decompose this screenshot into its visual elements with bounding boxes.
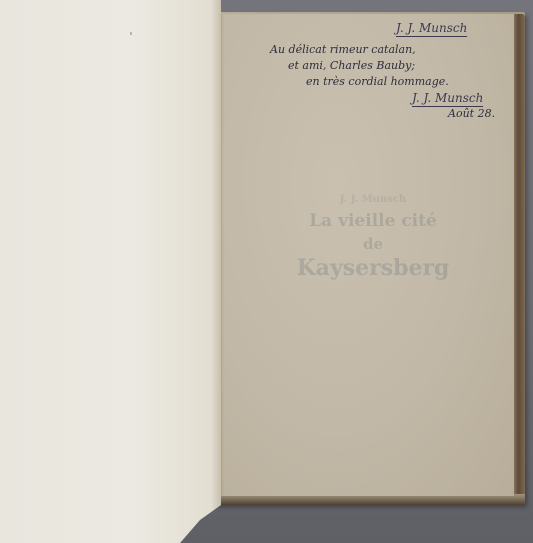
bleed-title-line-2: de bbox=[248, 235, 498, 253]
book-fore-edge bbox=[513, 14, 525, 500]
signature-top: J. J. Munsch bbox=[396, 20, 467, 37]
dedication-date: Août 28. bbox=[448, 106, 495, 122]
page-fold-shadow bbox=[211, 0, 221, 543]
handwritten-dedication: J. J. Munsch Au délicat rimeur catalan, … bbox=[268, 20, 508, 120]
bleed-author: J. J. Munsch bbox=[248, 194, 498, 205]
dedication-line-1: Au délicat rimeur catalan, bbox=[270, 42, 416, 58]
signature-bottom: J. J. Munsch bbox=[412, 90, 483, 107]
right-flyleaf-page: J. J. Munsch La vieille cité de Kaysersb… bbox=[218, 14, 514, 496]
bleed-through-title: J. J. Munsch La vieille cité de Kaysersb… bbox=[248, 194, 498, 281]
paper-spot bbox=[130, 32, 132, 35]
bleed-title-line-3: Kaysersberg bbox=[248, 255, 498, 281]
bleed-title-line-1: La vieille cité bbox=[248, 211, 498, 231]
dedication-line-2: et ami, Charles Bauby; bbox=[288, 58, 415, 74]
dedication-line-3: en très cordial hommage. bbox=[306, 74, 449, 90]
left-blank-page bbox=[0, 0, 221, 543]
